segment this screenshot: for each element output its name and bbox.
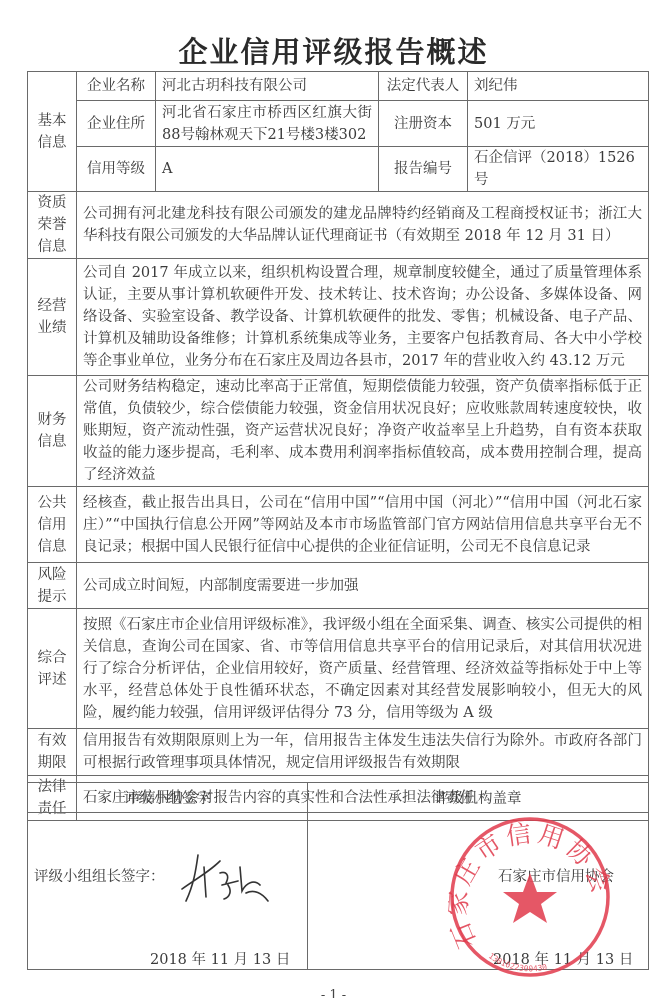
- value-company-name: 河北古玥科技有限公司: [156, 72, 379, 101]
- section-label-risk: 风险提示: [28, 563, 77, 609]
- value-credit-grade: A: [156, 147, 379, 192]
- label-legal-rep: 法定代表人: [379, 72, 468, 101]
- section-text-financial: 公司财务结构稳定，速动比率高于正常值，短期偿债能力较强，资产负债率指标低于正常值…: [77, 376, 649, 487]
- section-label-performance: 经营业绩: [28, 259, 77, 376]
- row-credit-grade: 信用等级 A 报告编号 石企信评（2018）1526号: [28, 147, 649, 192]
- section-text-validity: 信用报告有效期限原则上为一年，信用报告主体发生违法失信行为除外。市政府各部门可根…: [77, 729, 649, 776]
- leader-signature-label: 评级小组组长签字：: [34, 865, 165, 886]
- row-validity: 有效期限 信用报告有效期限原则上为一年，信用报告主体发生违法失信行为除外。市政府…: [28, 729, 649, 776]
- section-text-qualification: 公司拥有河北建龙科技有限公司颁发的建龙品牌特约经销商及工程商授权证书；浙江大华科…: [77, 192, 649, 259]
- team-signature-date: 2018 年 11 月 13 日: [150, 948, 290, 969]
- label-capital: 注册资本: [379, 101, 468, 147]
- label-credit-grade: 信用等级: [77, 147, 156, 192]
- row-address: 企业住所 河北省石家庄市桥西区红旗大街88号翰林观天下21号楼3楼302 注册资…: [28, 101, 649, 147]
- section-text-public-credit: 经核查，截止报告出具日，公司在“信用中国”“信用中国（河北）”“信用中国（河北石…: [77, 487, 649, 563]
- row-financial: 财务信息 公司财务结构稳定，速动比率高于正常值，短期偿债能力较强，资产负债率指标…: [28, 376, 649, 487]
- value-address: 河北省石家庄市桥西区红旗大街88号翰林观天下21号楼3楼302: [156, 101, 379, 147]
- row-qualification: 资质荣誉信息 公司拥有河北建龙科技有限公司颁发的建龙品牌特约经销商及工程商授权证…: [28, 192, 649, 259]
- row-risk: 风险提示 公司成立时间短，内部制度需要进一步加强: [28, 563, 649, 609]
- label-company-name: 企业名称: [77, 72, 156, 101]
- report-table: 基本信息 企业名称 河北古玥科技有限公司 法定代表人 刘纪伟 企业住所 河北省石…: [27, 71, 649, 821]
- row-public-credit: 公共信用信息 经核查，截止报告出具日，公司在“信用中国”“信用中国（河北）”“信…: [28, 487, 649, 563]
- org-name: 石家庄市信用协会: [498, 865, 614, 886]
- section-label-financial: 财务信息: [28, 376, 77, 487]
- section-label-validity: 有效期限: [28, 729, 77, 776]
- org-stamp-date: 2018 年 11 月 13 日: [493, 948, 633, 969]
- value-report-no: 石企信评（2018）1526号: [468, 147, 649, 192]
- section-label-summary: 综合评述: [28, 609, 77, 729]
- row-summary: 综合评述 按照《石家庄市企业信用评级标准》，我评级小组在全面采集、调查、核实公司…: [28, 609, 649, 729]
- section-label-basic-info: 基本信息: [28, 72, 77, 192]
- section-text-performance: 公司自 2017 年成立以来，组织机构设置合理，规章制度较健全，通过了质量管理体…: [77, 259, 649, 376]
- page-title: 企业信用评级报告概述: [0, 30, 667, 71]
- header-org-stamp: 评级机构盖章: [308, 783, 649, 813]
- section-text-risk: 公司成立时间短，内部制度需要进一步加强: [77, 563, 649, 609]
- label-report-no: 报告编号: [379, 147, 468, 192]
- section-label-public-credit: 公共信用信息: [28, 487, 77, 563]
- section-label-qualification: 资质荣誉信息: [28, 192, 77, 259]
- page-number: - 1 -: [0, 988, 667, 998]
- row-company-name: 基本信息 企业名称 河北古玥科技有限公司 法定代表人 刘纪伟: [28, 72, 649, 101]
- team-signature-cell: 评级小组组长签字： 2018 年 11 月 13 日: [28, 813, 308, 970]
- header-team-signature: 评级小组签字: [28, 783, 308, 813]
- label-address: 企业住所: [77, 101, 156, 147]
- handwritten-signature-icon: [176, 849, 276, 909]
- value-capital: 501 万元: [468, 101, 649, 147]
- value-legal-rep: 刘纪伟: [468, 72, 649, 101]
- org-stamp-cell: 石家庄市信用协会 2018 年 11 月 13 日: [308, 813, 649, 970]
- section-text-summary: 按照《石家庄市企业信用评级标准》，我评级小组在全面采集、调查、核实公司提供的相关…: [77, 609, 649, 729]
- signature-table: 评级小组签字 评级机构盖章 评级小组组长签字： 2018 年 11 月 13 日…: [27, 782, 649, 970]
- row-performance: 经营业绩 公司自 2017 年成立以来，组织机构设置合理，规章制度较健全，通过了…: [28, 259, 649, 376]
